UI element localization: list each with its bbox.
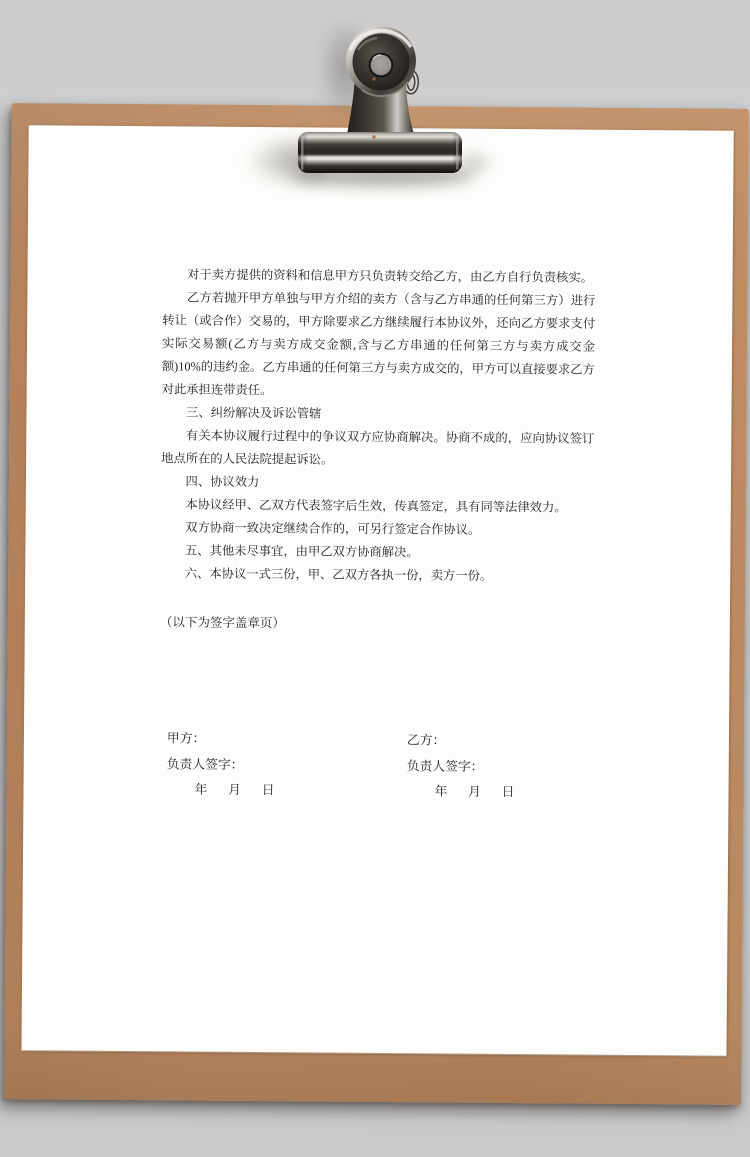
doc-clause-3-heading: 三、纠纷解决及诉讼管辖 — [161, 401, 594, 427]
binder-clip — [290, 12, 470, 178]
doc-paragraph-7: 双方协商一致决定继续合作的，可另行签定合作协议。 — [161, 516, 594, 542]
party-b-date-line: 年 月 日 — [406, 779, 726, 807]
party-a-signer-label: 负责人签字： — [167, 752, 407, 779]
clip-knob — [346, 26, 416, 96]
signature-block: 甲方： 负责人签字： 年 月 日 乙方： 负责人签字： 年 月 日 — [166, 726, 727, 807]
doc-clause-5-line: 五、其他未尽事宜，由甲乙双方协商解决。 — [160, 539, 593, 565]
doc-paragraph-6: 本协议经甲、乙双方代表签字后生效，传真签定，具有同等法律效力。 — [161, 493, 594, 519]
doc-clause-6-line: 六、本协议一式三份，甲、乙双方各执一份，卖方一份。 — [160, 562, 593, 588]
doc-paragraph-1: 对于卖方提供的资料和信息甲方只负责转交给乙方，由乙方自行负责核实。 — [162, 263, 595, 289]
contract-body-text: 对于卖方提供的资料和信息甲方只负责转交给乙方，由乙方自行负责核实。 乙方若抛开甲… — [160, 263, 596, 588]
party-b-label: 乙方： — [407, 728, 727, 756]
binder-clip-graphic — [290, 12, 470, 178]
contract-paper: 对于卖方提供的资料和信息甲方只负责转交给乙方，由乙方自行负责核实。 乙方若抛开甲… — [21, 125, 733, 1056]
party-a-label: 甲方： — [167, 726, 407, 753]
party-a-signature-column: 甲方： 负责人签字： 年 月 日 — [166, 726, 407, 804]
doc-paragraph-4: 有关本协议履行过程中的争议双方应协商解决。协商不成的，应向协议签订地点所在的人民… — [161, 424, 594, 473]
party-b-signer-label: 负责人签字： — [407, 754, 727, 782]
doc-clause-4-heading: 四、协议效力 — [161, 470, 594, 496]
party-b-signature-column: 乙方： 负责人签字： 年 月 日 — [406, 728, 727, 807]
doc-paragraph-2: 乙方若抛开甲方单独与甲方介绍的卖方（含与乙方串通的任何第三方）进行转让（或合作）… — [162, 286, 596, 404]
clip-bar — [298, 132, 462, 173]
party-a-date-line: 年 月 日 — [166, 777, 406, 804]
signature-page-note: （以下为签字盖章页） — [160, 613, 593, 635]
clipboard-board: 对于卖方提供的资料和信息甲方只负责转交给乙方，由乙方自行负责核实。 乙方若抛开甲… — [4, 103, 749, 1105]
photo-scene: 对于卖方提供的资料和信息甲方只负责转交给乙方，由乙方自行负责核实。 乙方若抛开甲… — [0, 0, 750, 1157]
